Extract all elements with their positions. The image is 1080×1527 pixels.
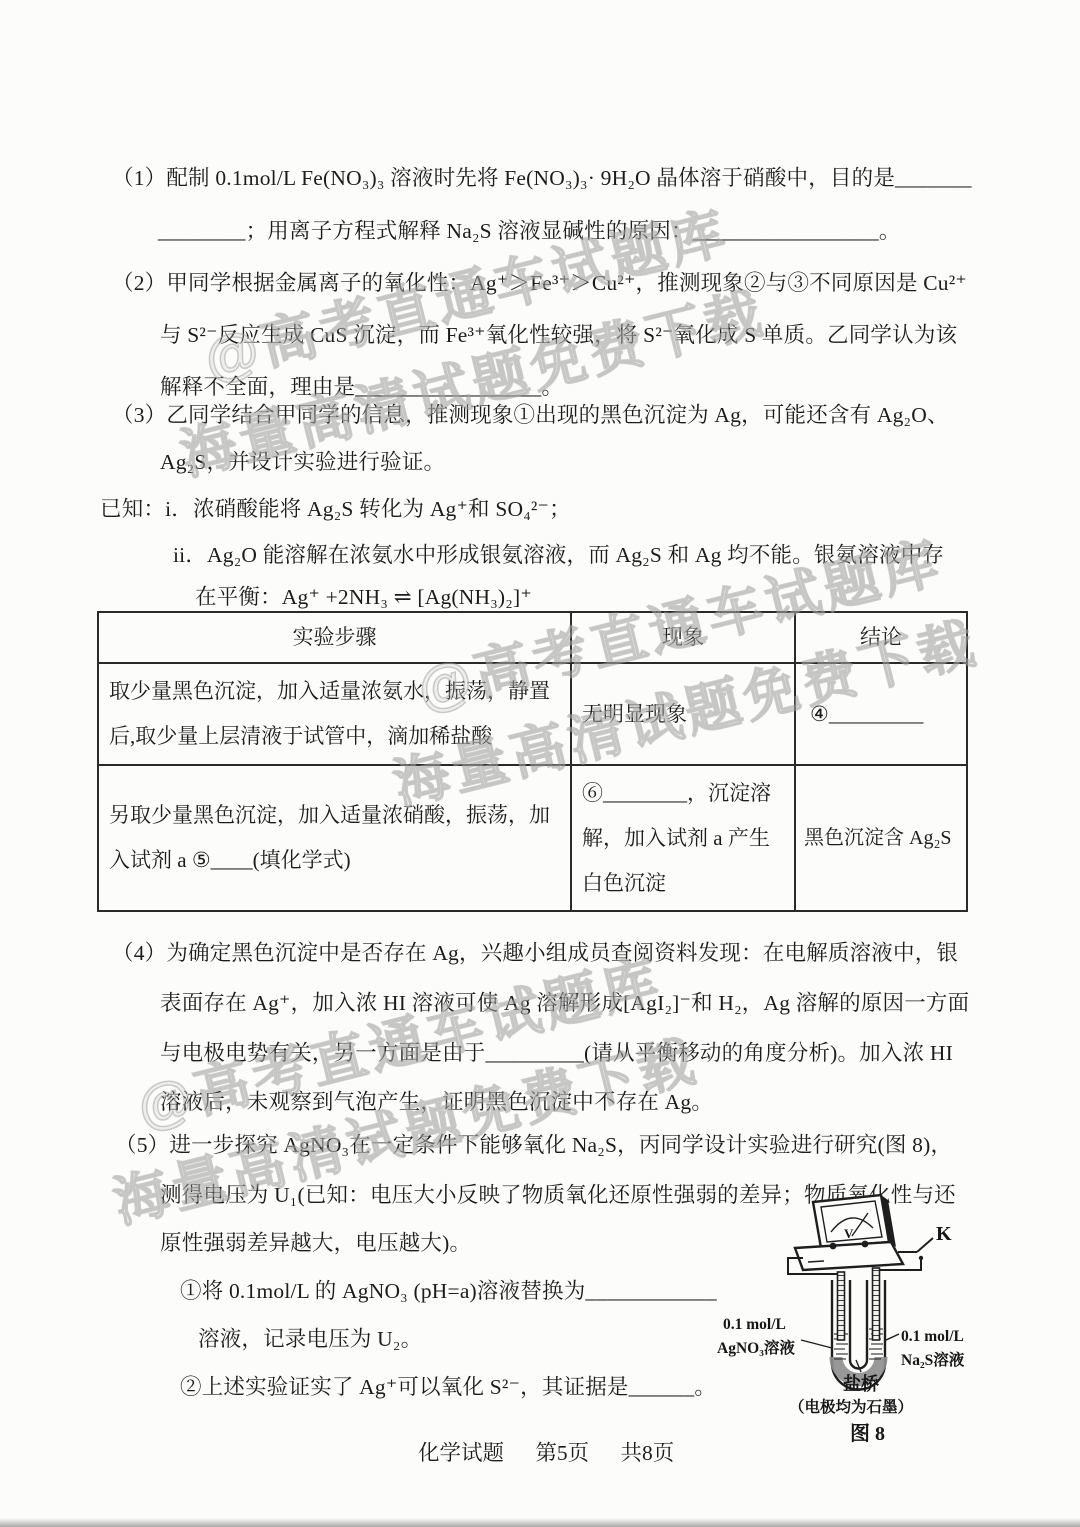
- question-5-line-4: ①将 0.1mol/L 的 AgNO₃ (pH=a)溶液替换为_________…: [180, 1276, 717, 1306]
- question-1-line-1: （1）配制 0.1mol/L Fe(NO₃)₃ 溶液时先将 Fe(NO₃)₃· …: [112, 163, 972, 193]
- switch-label: K: [936, 1223, 952, 1245]
- scan-edge-smudge: [0, 1518, 1080, 1527]
- exam-paper-page: @高考直通车试题库 海量高清试题免费下载 @高考直通车试题库 海量高清试题免费下…: [0, 0, 1080, 1527]
- table-cell-conclusion-1: ④_________: [795, 663, 967, 765]
- meter-terminal: [862, 1241, 869, 1248]
- known-info-line-3: 在平衡：Ag⁺ +2NH₃ ⇌ [Ag(NH₃)₂]⁺: [195, 582, 532, 612]
- table-cell-phenomenon-2: ⑥________，沉淀溶解，加入试剂 a 产生白色沉淀: [571, 765, 795, 911]
- question-2-line-2: 与 S²⁻反应生成 CuS 沉淀，而 Fe³⁺氧化性较强，将 S²⁻氧化成 S …: [160, 320, 957, 350]
- table-cell-phenomenon-1: 无明显现象: [571, 663, 795, 765]
- experiment-table: 实验步骤 现象 结论 取少量黑色沉淀，加入适量浓氨水，振荡，静置后,取少量上层清…: [97, 611, 968, 912]
- page-footer: 化学试题 第5页 共8页: [418, 1436, 700, 1467]
- question-5-line-3: 原性强弱差异越大，电压越大)。: [160, 1228, 471, 1258]
- question-4-line-4: 溶液后，未观察到气泡产生，证明黑色沉淀中不存在 Ag。: [160, 1087, 713, 1117]
- footer-page-number: 第5页: [535, 1441, 589, 1465]
- right-solution-label-conc: 0.1 mol/L: [901, 1328, 964, 1345]
- question-5-line-5: 溶液，记录电压为 U₂。: [198, 1324, 422, 1354]
- left-solution-label-name: AgNO₃溶液: [717, 1338, 795, 1357]
- right-electrode: [873, 1268, 880, 1340]
- table-header-conclusion: 结论: [795, 612, 967, 663]
- footer-doc-title: 化学试题: [418, 1441, 504, 1465]
- known-info-line-2: ii．Ag₂O 能溶解在浓氨水中形成银氨溶液，而 Ag₂S 和 Ag 均不能。银…: [173, 540, 944, 570]
- left-electrode: [838, 1272, 845, 1340]
- table-header-row: 实验步骤 现象 结论: [98, 612, 967, 663]
- question-4-line-2: 表面存在 Ag⁺，加入浓 HI 溶液可使 Ag 溶解形成[AgI₂]⁻和 H₂，…: [160, 988, 969, 1018]
- salt-bridge-label: 盐桥: [843, 1373, 879, 1394]
- meter-terminal: [830, 1243, 837, 1250]
- question-2-line-1: （2）甲同学根据金属离子的氧化性：Ag⁺＞Fe³⁺＞Cu²⁺，推测现象②与③不同…: [112, 268, 967, 298]
- known-info-line-1: 已知：i．浓硝酸能将 Ag₂S 转化为 Ag⁺和 SO₄²⁻；: [100, 494, 571, 524]
- figure-caption: 图 8: [850, 1422, 885, 1445]
- question-3-line-1: （3）乙同学结合甲同学的信息，推测现象①出现的黑色沉淀为 Ag，可能还含有 Ag…: [112, 400, 949, 430]
- question-5-line-6: ②上述实验证实了 Ag⁺可以氧化 S²⁻，其证据是______。: [180, 1372, 716, 1402]
- right-label-pointer: [884, 1334, 899, 1341]
- question-1-line-2: ________；用离子方程式解释 Na₂S 溶液显碱性的原因：________…: [158, 216, 901, 246]
- table-header-phenomenon: 现象: [571, 612, 795, 663]
- voltmeter-dial-label: V: [844, 1226, 854, 1241]
- table-row: 另取少量黑色沉淀，加入适量浓硝酸，振荡，加入试剂 a ⑤____(填化学式) ⑥…: [98, 765, 967, 911]
- table-cell-step-2: 另取少量黑色沉淀，加入适量浓硝酸，振荡，加入试剂 a ⑤____(填化学式): [98, 765, 571, 911]
- table-cell-step-1: 取少量黑色沉淀，加入适量浓氨水，振荡，静置后,取少量上层清液于试管中，滴加稀盐酸: [98, 663, 571, 765]
- table-header-steps: 实验步骤: [98, 612, 571, 663]
- question-4-line-1: （4）为确定黑色沉淀中是否存在 Ag，兴趣小组成员查阅资料发现：在电解质溶液中，…: [112, 938, 958, 968]
- left-solution-label-conc: 0.1 mol/L: [723, 1316, 786, 1333]
- table-cell-conclusion-2: 黑色沉淀含 Ag₂S: [795, 765, 967, 911]
- bridge-label-pointer: [856, 1360, 861, 1372]
- right-solution-label-name: Na₂S溶液: [901, 1350, 965, 1369]
- question-3-line-2: Ag₂S，并设计实验进行验证。: [160, 447, 445, 477]
- question-5-line-1: （5）进一步探究 AgNO₃在一定条件下能够氧化 Na₂S，丙同学设计实验进行研…: [115, 1130, 952, 1160]
- figure-8-apparatus: V K: [695, 1188, 995, 1458]
- u-tube: [832, 1268, 885, 1390]
- table-row: 取少量黑色沉淀，加入适量浓氨水，振荡，静置后,取少量上层清液于试管中，滴加稀盐酸…: [98, 663, 967, 765]
- electrode-note: （电极均为石墨）: [789, 1397, 913, 1416]
- question-2-line-3: 解释不全面，理由是_________________。: [160, 372, 563, 402]
- footer-total-pages: 共8页: [621, 1441, 675, 1465]
- question-4-line-3: 与电极电势有关，另一方面是由于_________(请从平衡移动的角度分析)。加入…: [160, 1038, 953, 1068]
- voltmeter-icon: V: [795, 1195, 903, 1270]
- left-label-pointer: [801, 1340, 832, 1348]
